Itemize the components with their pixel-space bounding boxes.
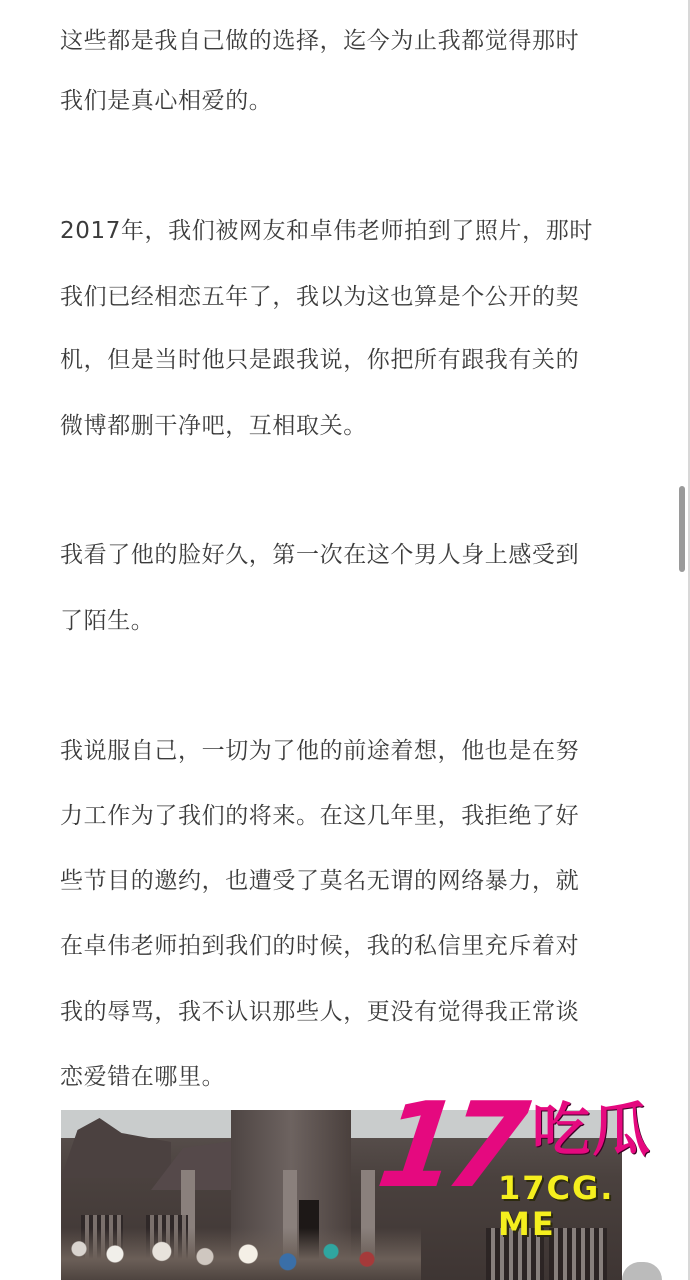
photo-tourist-crowd [61,1228,421,1280]
watermark-domain: 17CG. ME [498,1170,680,1242]
site-watermark: 17 吃瓜 17CG. ME [380,1094,680,1214]
paragraph-2-line-4: 微博都删干净吧，互相取关。 [60,411,367,441]
paragraph-3-line-1: 我看了他的脸好久，第一次在这个男人身上感受到 [60,540,579,570]
paragraph-4-line-1: 我说服自己，一切为了他的前途着想，他也是在努 [60,736,579,766]
paragraph-4-line-2: 力工作为了我们的将来。在这几年里，我拒绝了好 [60,801,579,831]
paragraph-1-line-1: 这些都是我自己做的选择，迄今为止我都觉得那时 [60,26,579,56]
paragraph-3-line-2: 了陌生。 [60,606,154,636]
paragraph-4-line-6: 恋爱错在哪里。 [60,1062,225,1092]
paragraph-4-line-4: 在卓伟老师拍到我们的时候，我的私信里充斥着对 [60,931,579,961]
paragraph-2-line-2: 我们已经相恋五年了，我以为这也算是个公开的契 [60,282,579,312]
paragraph-1-line-2: 我们是真心相爱的。 [60,86,272,116]
watermark-chinese-text: 吃瓜 [532,1098,652,1162]
floating-button-edge[interactable] [622,1262,662,1280]
paragraph-2-line-3: 机，但是当时他只是跟我说，你把所有跟我有关的 [60,345,579,375]
paragraph-4-line-5: 我的辱骂，我不认识那些人，更没有觉得我正常谈 [60,997,579,1027]
paragraph-4-line-3: 些节目的邀约，也遭受了莫名无谓的网络暴力，就 [60,866,579,896]
paragraph-2-line-1: 2017年，我们被网友和卓伟老师拍到了照片，那时 [60,216,593,246]
vertical-scrollbar-thumb[interactable] [679,486,685,572]
